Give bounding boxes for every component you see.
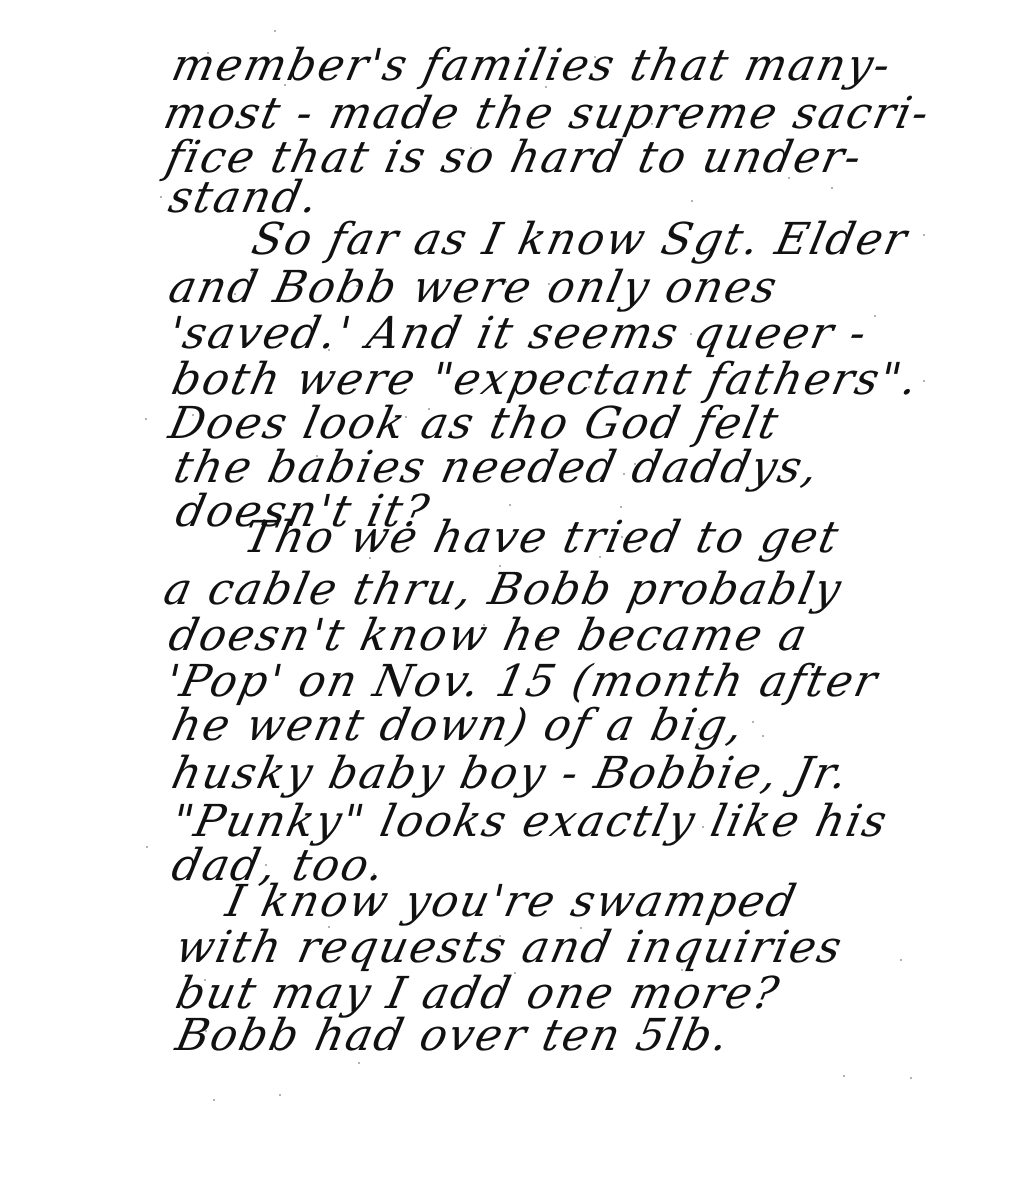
- letter-line: member's families that many-: [168, 44, 896, 88]
- letter-line: he went down) of a big,: [168, 704, 749, 748]
- letter-line: 'saved.' And it seems queer -: [165, 312, 872, 356]
- paper-speck: [691, 200, 693, 202]
- letter-line: Tho we have tried to get: [240, 516, 844, 560]
- paper-speck: [923, 380, 925, 382]
- paper-speck: [146, 846, 148, 848]
- letter-line: I know you're swamped: [222, 880, 801, 924]
- letter-line: So far as I know Sgt. Elder: [248, 218, 912, 262]
- paper-speck: [831, 187, 833, 189]
- letter-line: the babies needed daddys,: [170, 446, 824, 490]
- paper-speck: [145, 418, 147, 420]
- paper-speck: [509, 504, 511, 506]
- paper-speck: [358, 1062, 360, 1064]
- letter-line: 'Pop' on Nov. 15 (month after: [162, 660, 882, 704]
- letter-page: member's families that many- most - made…: [0, 0, 1015, 1179]
- letter-line: a cable thru, Bobb probably: [160, 568, 846, 612]
- paper-speck: [213, 1099, 215, 1101]
- paper-speck: [620, 506, 622, 508]
- paper-speck: [923, 234, 925, 236]
- letter-line: with requests and inquiries: [172, 926, 847, 970]
- paper-speck: [843, 1075, 845, 1077]
- letter-line: doesn't know he became a: [165, 614, 812, 658]
- letter-line: both were "expectant fathers".: [168, 358, 923, 402]
- letter-line: Bobb had over ten 5lb.: [172, 1014, 734, 1058]
- letter-line: husky baby boy - Bobbie, Jr.: [168, 752, 853, 796]
- paper-speck: [279, 1094, 281, 1096]
- paper-speck: [752, 721, 754, 723]
- letter-line: Does look as tho God felt: [165, 402, 784, 446]
- paper-speck: [874, 315, 876, 317]
- letter-line: most - made the supreme sacri-: [160, 92, 934, 136]
- letter-line: "Punky" looks exactly like his: [168, 800, 892, 844]
- paper-speck: [274, 30, 276, 32]
- letter-line: and Bobb were only ones: [165, 266, 782, 310]
- paper-speck: [762, 735, 764, 737]
- paper-speck: [910, 1077, 912, 1079]
- paper-speck: [900, 959, 902, 961]
- paper-speck: [160, 196, 162, 198]
